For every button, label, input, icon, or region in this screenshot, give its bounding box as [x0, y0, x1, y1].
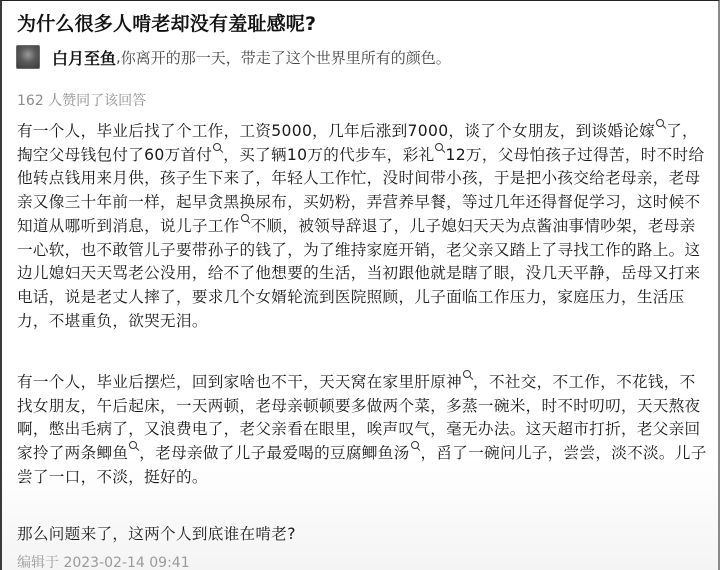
search-icon[interactable] [241, 214, 249, 222]
search-icon[interactable] [656, 119, 664, 127]
vote-count: 162 人赞同了该回答 [17, 90, 146, 110]
keyword-link[interactable]: 肝原神 [414, 373, 462, 391]
search-icon[interactable] [129, 441, 137, 449]
closing-question: 那么问题来了，这两个人到底谁在啃老? [17, 523, 707, 547]
answer-card: 为什么很多人啃老却没有羞耻感呢? 白月至鱼 , 你离开的那一天，带走了这个世界里… [0, 0, 720, 570]
keyword-link[interactable]: 首付 [181, 146, 213, 164]
text-segment: 有一个人，毕业后摆烂，回到家啥也不干，天天窝在家里 [17, 373, 414, 391]
avatar[interactable] [16, 45, 40, 69]
keyword-link[interactable]: 工作 [208, 217, 240, 235]
keyword-link[interactable]: 彩礼 [403, 146, 435, 164]
keyword-link[interactable]: 谈婚论嫁 [591, 122, 655, 140]
text-segment: ，老母亲做了儿子最爱喝的 [139, 444, 330, 462]
text-segment: 有一个人，毕业后找了个工作，工资5000，几年后涨到7000，谈了个女朋友，到 [17, 122, 591, 140]
keyword-link[interactable]: 鲫鱼 [96, 444, 128, 462]
author-info: 白月至鱼 , 你离开的那一天，带走了这个世界里所有的颜色。 [16, 45, 451, 69]
search-icon[interactable] [463, 370, 471, 378]
search-icon[interactable] [411, 441, 419, 449]
question-title[interactable]: 为什么很多人啃老却没有羞耻感呢? [17, 9, 316, 36]
author-name[interactable]: 白月至鱼 [52, 46, 116, 69]
answer-paragraph-3: 那么问题来了，这两个人到底谁在啃老? [17, 523, 707, 547]
text-segment: ，买了辆10万的代步车， [223, 146, 402, 164]
keyword-link[interactable]: 豆腐鲫鱼汤 [330, 444, 409, 462]
search-icon[interactable] [213, 143, 221, 151]
edited-timestamp: 编辑于 2023-02-14 09:41 [17, 552, 190, 570]
answer-paragraph-2: 有一个人，毕业后摆烂，回到家啥也不干，天天窝在家里肝原神，不社交，不工作，不花钱… [17, 371, 707, 490]
author-bio: 你离开的那一天，带走了这个世界里所有的颜色。 [121, 47, 451, 68]
answer-paragraph-1: 有一个人，毕业后找了个工作，工资5000，几年后涨到7000，谈了个女朋友，到谈… [17, 120, 707, 333]
search-icon[interactable] [435, 143, 443, 151]
